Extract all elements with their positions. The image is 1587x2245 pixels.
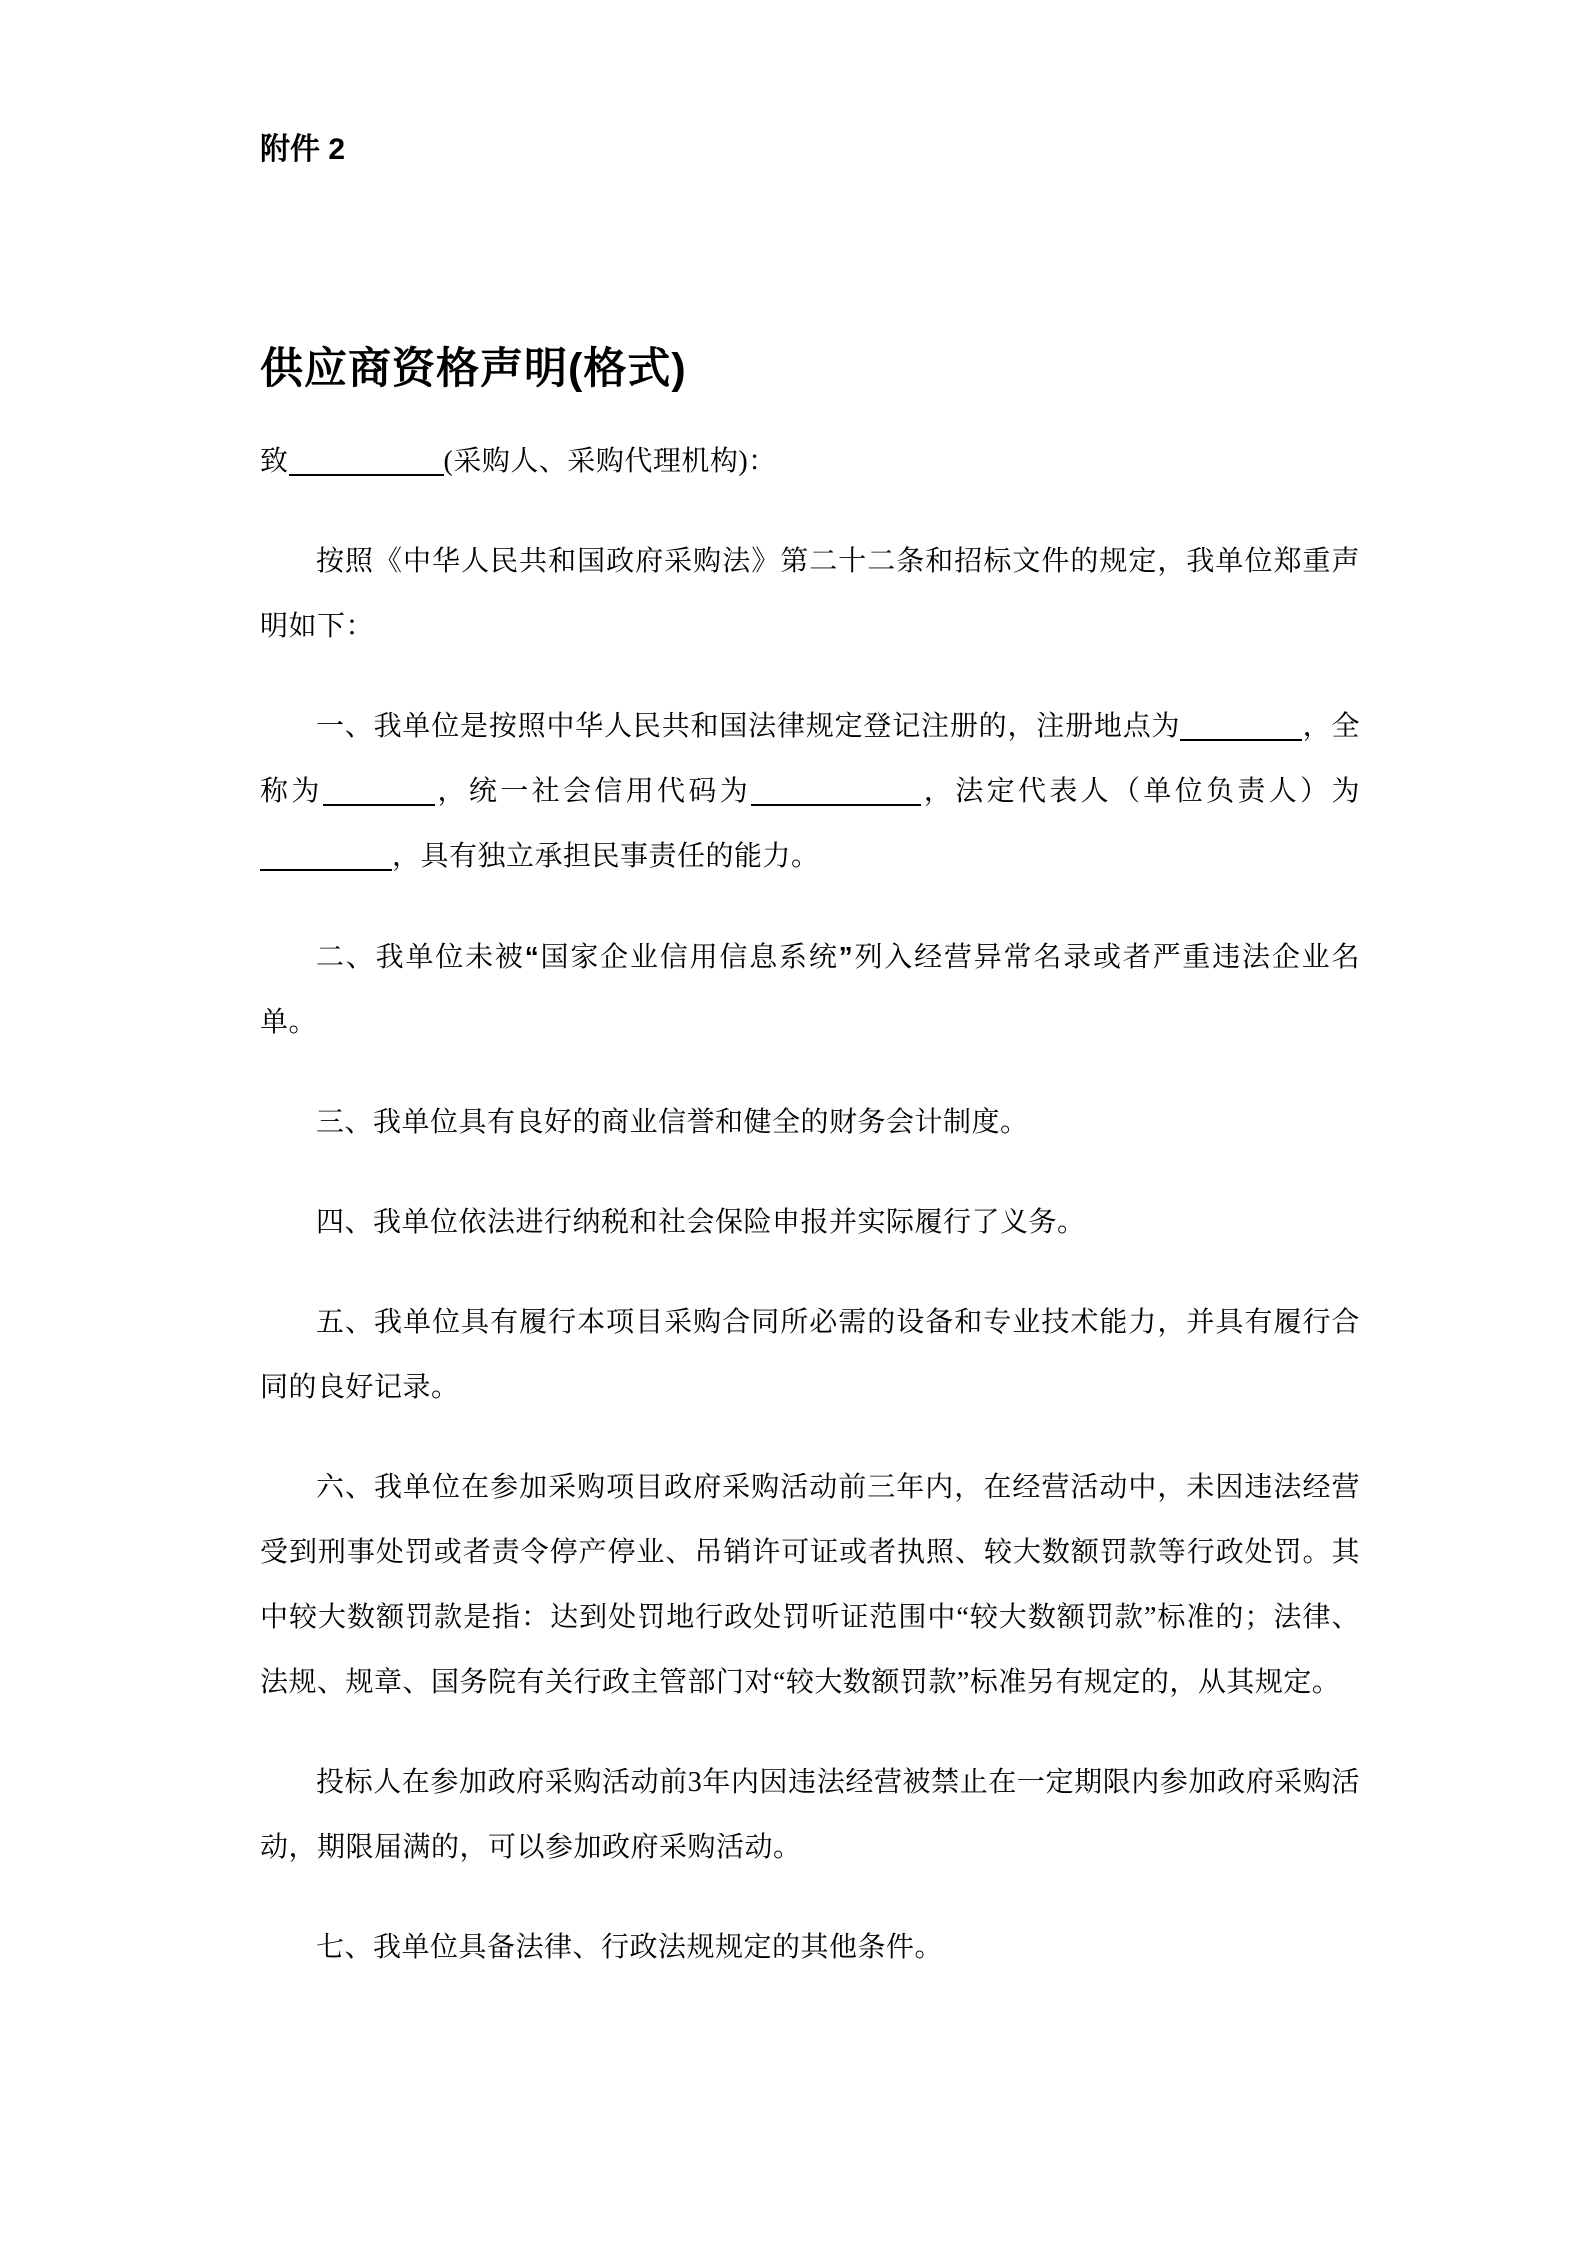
item-2-paragraph: 二、我单位未被“国家企业信用信息系统”列入经营异常名录或者严重违法企业名单。 [260,924,1360,1055]
item-4-paragraph: 四、我单位依法进行纳税和社会保险申报并实际履行了义务。 [260,1190,1360,1255]
item-2-close-quote: ” [839,941,854,972]
attachment-label: 附件 2 [260,132,1360,168]
blank-company-name [323,776,435,806]
item-7-paragraph: 七、我单位具备法律、行政法规规定的其他条件。 [260,1915,1360,1980]
item-1-text-e: ，具有独立承担民事责任的能力。 [392,841,820,872]
item-2-text-b: 国家企业信用信息系统 [539,942,838,973]
item-5-paragraph: 五、我单位具有履行本项目采购合同所必需的设备和专业技术能力，并具有履行合同的良好… [260,1290,1360,1420]
salutation-line: 致(采购人、采购代理机构)： [260,429,1360,494]
blank-registered-address [1180,711,1302,741]
page-title: 供应商资格声明(格式) [260,344,1360,394]
item-2-text-a: 二、我单位未被 [316,942,525,973]
salutation-suffix: (采购人、采购代理机构)： [444,446,777,477]
blank-legal-representative [260,841,392,871]
salutation-prefix: 致 [260,446,289,477]
item-3-paragraph: 三、我单位具有良好的商业信誉和健全的财务会计制度。 [260,1090,1360,1155]
item-1-text-a: 一、我单位是按照中华人民共和国法律规定登记注册的，注册地点为 [316,711,1180,742]
item-1-text-c: ，统一社会信用代码为 [435,776,751,807]
item-1-paragraph: 一、我单位是按照中华人民共和国法律规定登记注册的，注册地点为，全称为，统一社会信… [260,694,1360,889]
item-1-text-d: ，法定代表人（单位负责人）为 [921,776,1360,807]
intro-paragraph: 按照《中华人民共和国政府采购法》第二十二条和招标文件的规定，我单位郑重声明如下： [260,529,1360,659]
document-page: 附件 2 供应商资格声明(格式) 致(采购人、采购代理机构)： 按照《中华人民共… [0,0,1587,2245]
item-2-open-quote: “ [525,941,540,972]
item-6-supplement-paragraph: 投标人在参加政府采购活动前3年内因违法经营被禁止在一定期限内参加政府采购活动，期… [260,1750,1360,1880]
blank-credit-code [751,776,921,806]
item-6-paragraph: 六、我单位在参加采购项目政府采购活动前三年内，在经营活动中，未因违法经营受到刑事… [260,1455,1360,1715]
salutation-blank [289,446,444,476]
